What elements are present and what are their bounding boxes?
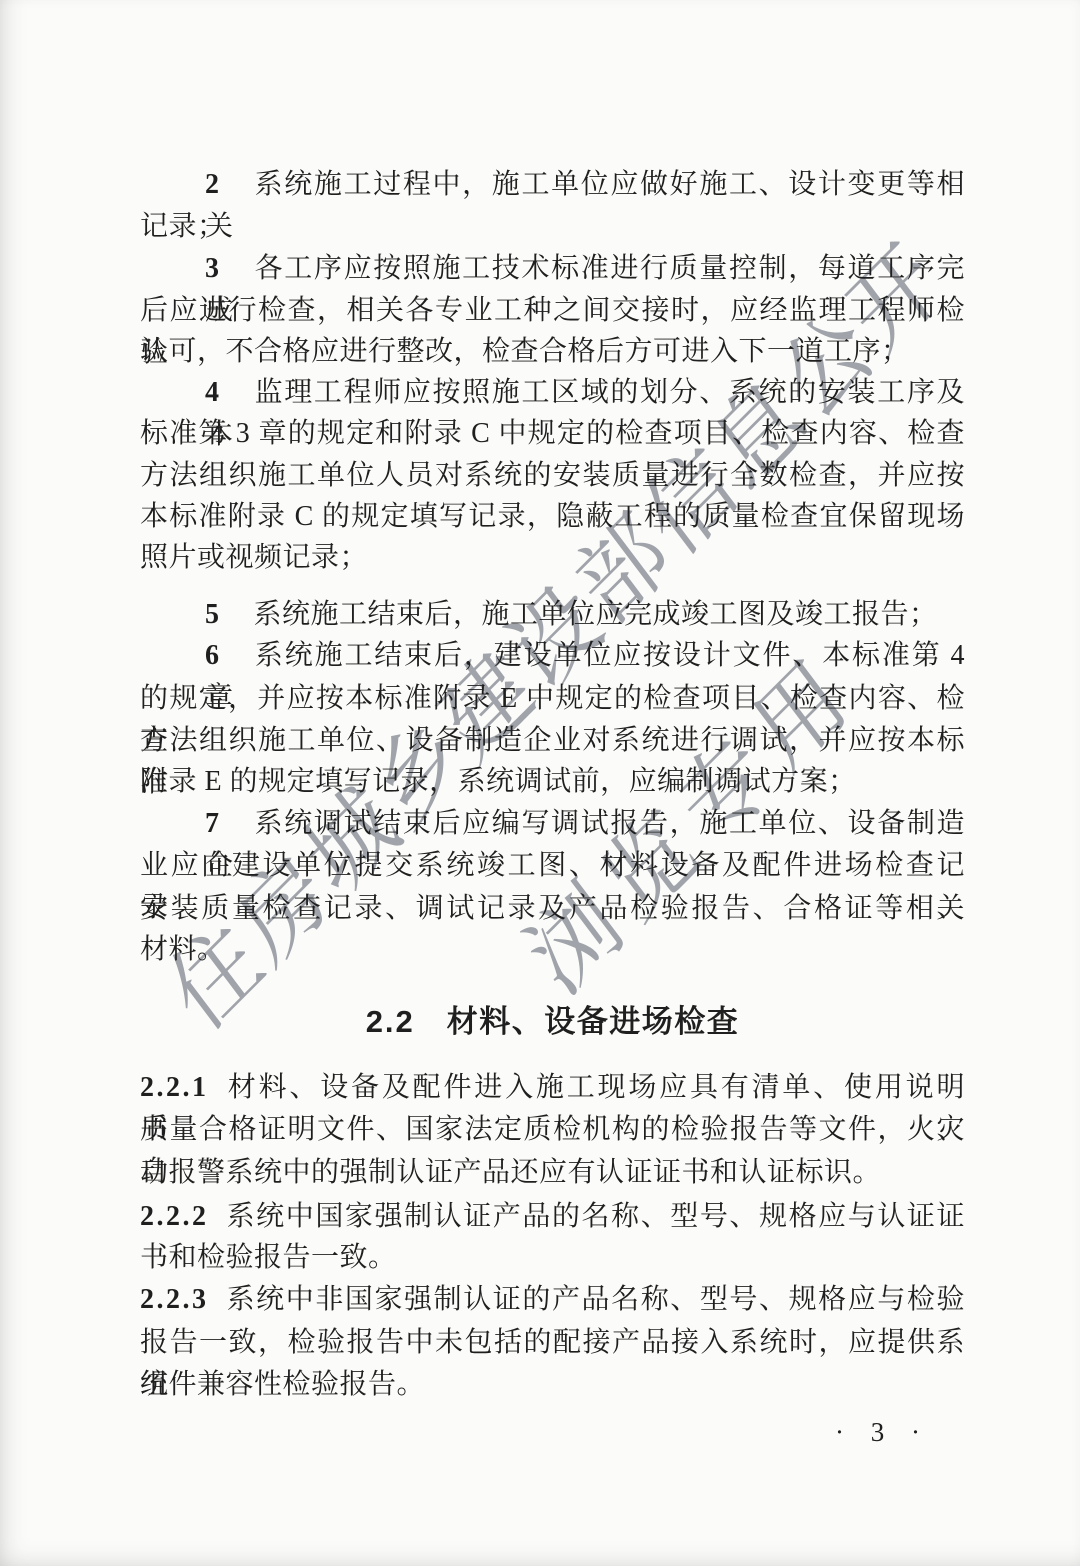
text-line: 认可，不合格应进行整改，检查合格后方可进入下一道工序； [140, 331, 965, 373]
text-line: 记录； [140, 206, 965, 248]
text-line: 2系统施工过程中，施工单位应做好施工、设计变更等相关 [140, 164, 965, 206]
clause-number: 6 [205, 640, 220, 671]
text-line: 方法组织施工单位人员对系统的安装质量进行全数检查，并应按 [140, 455, 965, 497]
text-line: 后应进行检查，相关各专业工种之间交接时，应经监理工程师检验 [140, 290, 965, 332]
clause-number: 2 [205, 169, 220, 200]
line-text: 安装质量检查记录、调试记录及产品检验报告、合格证等相关 [140, 893, 965, 924]
text-line: 质量合格证明文件、国家法定质检机构的检验报告等文件，火灾自 [140, 1109, 965, 1151]
text-line: 本标准附录 C 的规定填写记录，隐蔽工程的质量检查宜保留现场 [140, 496, 965, 538]
text-line: 标准第 3 章的规定和附录 C 中规定的检查项目、检查内容、检查 [140, 413, 965, 455]
text-line: 5系统施工结束后，施工单位应完成竣工图及竣工报告； [140, 594, 965, 636]
clause-number: 2.2.2 [140, 1201, 209, 1232]
text-line: 4监理工程师应按照施工区域的划分、系统的安装工序及本 [140, 372, 965, 414]
line-text: 系统施工结束后，施工单位应完成竣工图及竣工报告； [254, 599, 938, 630]
line-text: 系统中非国家强制认证的产品名称、型号、规格应与检验 [226, 1284, 966, 1315]
line-text: 照片或视频记录； [140, 542, 368, 573]
text-line: 附录 E 的规定填写记录，系统调试前，应编制调试方案； [140, 761, 965, 803]
text-line: 的规定，并应按本标准附录 E 中规定的检查项目、检查内容、检查 [140, 678, 965, 720]
line-text: 附录 E 的规定填写记录，系统调试前，应编制调试方案； [140, 766, 857, 797]
line-text: 方法组织施工单位人员对系统的安装质量进行全数检查，并应按 [140, 460, 965, 491]
text-line: 动报警系统中的强制认证产品还应有认证证书和认证标识。 [140, 1152, 965, 1194]
line-text: 标准第 3 章的规定和附录 C 中规定的检查项目、检查内容、检查 [140, 418, 965, 449]
text-line: 安装质量检查记录、调试记录及产品检验报告、合格证等相关 [140, 888, 965, 930]
line-text: 动报警系统中的强制认证产品还应有认证证书和认证标识。 [140, 1157, 881, 1188]
clause-number: 2.2.3 [140, 1284, 209, 1315]
text-line: 2.2.3系统中非国家强制认证的产品名称、型号、规格应与检验 [140, 1279, 965, 1321]
text-line: 3各工序应按照施工技术标准进行质量控制，每道工序完成 [140, 248, 965, 290]
line-text: 材料、设备进场检查 [447, 1004, 740, 1039]
text-line: 2.2.1材料、设备及配件进入施工现场应具有清单、使用说明书、 [140, 1067, 965, 1109]
line-text: 系统中国家强制认证产品的名称、型号、规格应与认证证 [226, 1201, 966, 1232]
clause-number: 2.2.1 [140, 1072, 209, 1103]
text-line: 材料。 [140, 929, 965, 971]
text-line: 2.2.2系统中国家强制认证产品的名称、型号、规格应与认证证 [140, 1196, 965, 1238]
line-text: 本标准附录 C 的规定填写记录，隐蔽工程的质量检查宜保留现场 [140, 501, 965, 532]
clause-number: 3 [205, 253, 220, 284]
line-text: 记录； [140, 211, 226, 242]
text-line: 书和检验报告一致。 [140, 1237, 965, 1279]
clause-number: 7 [205, 808, 220, 839]
text-line: 7系统调试结束后应编写调试报告，施工单位、设备制造企 [140, 803, 965, 845]
text-line: 报告一致，检验报告中未包括的配接产品接入系统时，应提供系统 [140, 1322, 965, 1364]
line-text: 认可，不合格应进行整改，检查合格后方可进入下一道工序； [140, 336, 910, 367]
page-number: · 3 · [835, 1411, 930, 1453]
text-line: 组件兼容性检验报告。 [140, 1364, 965, 1406]
section-number: 2.2 [366, 1004, 415, 1039]
text-line: 业应向建设单位提交系统竣工图、材料设备及配件进场检查记录、 [140, 845, 965, 887]
text-column: 2系统施工过程中，施工单位应做好施工、设计变更等相关记录；3各工序应按照施工技术… [140, 0, 965, 1566]
section-heading: 2.2材料、设备进场检查 [140, 1001, 965, 1043]
text-line: 方法组织施工单位、设备制造企业对系统进行调试，并应按本标准 [140, 720, 965, 762]
clause-number: 5 [205, 599, 220, 630]
clause-number: 4 [205, 377, 220, 408]
text-line: 照片或视频记录； [140, 537, 965, 579]
text-line: 6系统施工结束后，建设单位应按设计文件、本标准第 4 章 [140, 635, 965, 677]
line-text: 书和检验报告一致。 [140, 1242, 397, 1273]
line-text: 组件兼容性检验报告。 [140, 1369, 425, 1400]
document-page: 住房城乡建设部信息公开 浏览专用 2系统施工过程中，施工单位应做好施工、设计变更… [0, 0, 1080, 1566]
line-text: 材料。 [140, 934, 226, 965]
